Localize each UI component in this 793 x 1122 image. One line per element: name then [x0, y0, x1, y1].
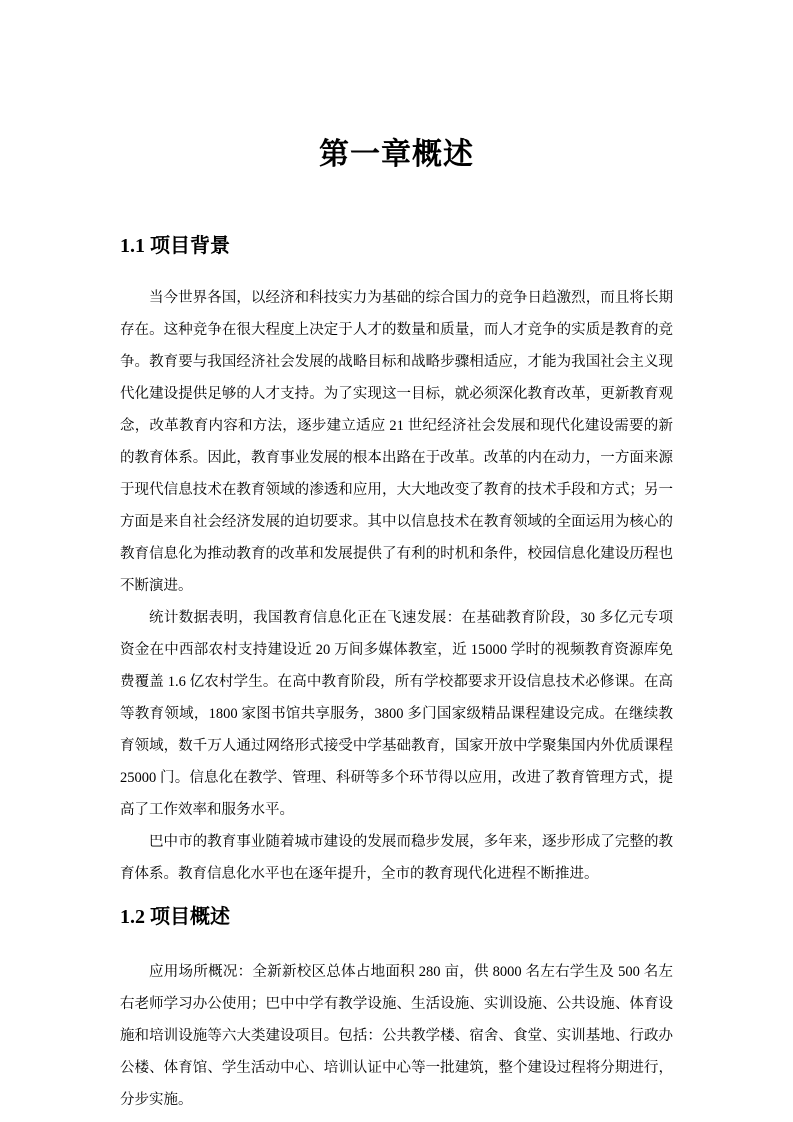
document-page: 第一章概述 1.1 项目背景 当今世界各国，以经济和科技实力为基础的综合国力的竞… [0, 0, 793, 1122]
paragraph-project-background-3: 巴中市的教育事业随着城市建设的发展而稳步发展，多年来，逐步形成了完整的教育体系。… [120, 826, 673, 890]
section-heading-1-1: 1.1 项目背景 [120, 232, 673, 260]
paragraph-project-background-2: 统计数据表明，我国教育信息化正在飞速发展：在基础教育阶段，30 多亿元专项资金在… [120, 602, 673, 826]
paragraph-project-overview-1: 应用场所概况：全新新校区总体占地面积 280 亩，供 8000 名左右学生及 5… [120, 956, 673, 1116]
chapter-title: 第一章概述 [120, 136, 673, 174]
section-heading-1-2: 1.2 项目概述 [120, 903, 673, 931]
paragraph-project-background-1: 当今世界各国，以经济和科技实力为基础的综合国力的竞争日趋激烈，而且将长期存在。这… [120, 282, 673, 602]
